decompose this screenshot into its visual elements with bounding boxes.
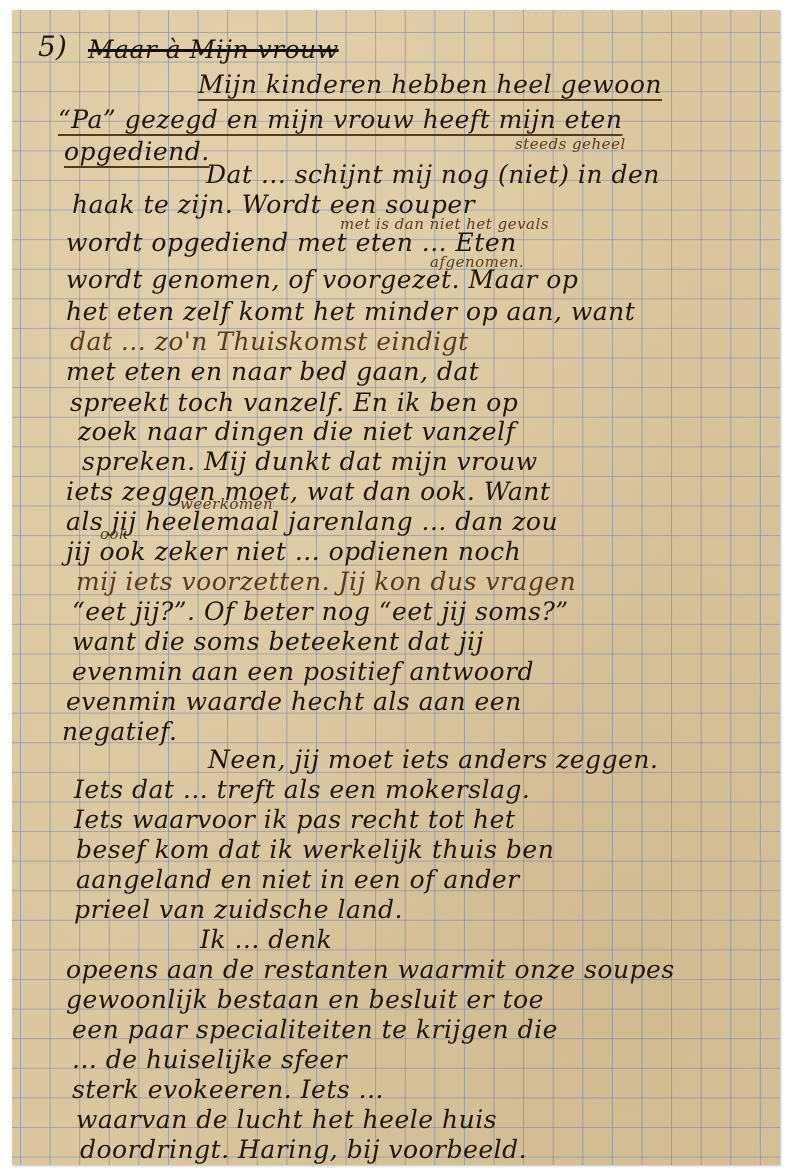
- manuscript-line: “Pa” gezegd en mijn vrouw heeft mijn ete…: [58, 105, 622, 134]
- manuscript-line: “eet jij?”. Of beter nog “eet jij soms?”: [72, 597, 569, 626]
- manuscript-line: spreken. Mij dunkt dat mijn vrouw: [82, 447, 538, 476]
- manuscript-line: een paar specialiteiten te krijgen die: [72, 1015, 558, 1044]
- manuscript-line: iets zeggen moet, wat dan ook. Want: [66, 477, 550, 506]
- manuscript-line: jij ook zeker niet ... opdienen noch: [66, 537, 521, 566]
- manuscript-line: Iets dat ... treft als een mokerslag.: [74, 775, 530, 804]
- manuscript-line: ... de huiselijke sfeer: [72, 1045, 347, 1074]
- manuscript-line: evenmin waarde hecht als aan een: [66, 687, 522, 716]
- manuscript-line: steeds geheel: [515, 135, 626, 153]
- manuscript-line: gewoonlijk bestaan en besluit er toe: [66, 985, 544, 1014]
- manuscript-line: waarvan de lucht het heele huis: [76, 1105, 497, 1134]
- manuscript-line: Maar à Mijn vrouw: [88, 35, 339, 64]
- page-number: 5): [38, 30, 67, 63]
- manuscript-line: opgediend.: [64, 137, 210, 166]
- manuscript-line: negatief.: [62, 717, 177, 746]
- manuscript-line: Ik ... denk: [200, 925, 332, 954]
- manuscript-line: sterk evokeeren. Iets ...: [72, 1075, 384, 1104]
- manuscript-line: opeens aan de restanten waarmit onze sou…: [66, 955, 675, 984]
- manuscript-line: aangeland en niet in een of ander: [76, 865, 520, 894]
- manuscript-line: Neen, jij moet iets anders zeggen.: [208, 745, 658, 774]
- manuscript-line: als jij heelemaal jarenlang ... dan zou: [66, 507, 558, 536]
- manuscript-line: evenmin aan een positief antwoord: [72, 657, 534, 686]
- manuscript-line: spreekt toch vanzelf. En ik ben op: [70, 388, 518, 417]
- manuscript-line: zoek naar dingen die niet vanzelf: [78, 417, 515, 446]
- manuscript-line: wordt genomen, of voorgezet. Maar op: [66, 265, 578, 294]
- manuscript-line: het eten zelf komt het minder op aan, wa…: [66, 297, 635, 326]
- manuscript-line: dat ... zo'n Thuiskomst eindigt: [70, 327, 469, 356]
- manuscript-line: besef kom dat ik werkelijk thuis ben: [76, 835, 554, 864]
- manuscript-line: doordringt. Haring, bij voorbeeld.: [80, 1135, 527, 1164]
- manuscript-line: met eten en naar bed gaan, dat: [66, 357, 479, 386]
- manuscript-line: Dat ... schijnt mij nog (niet) in den: [206, 160, 660, 189]
- manuscript-line: prieel van zuidsche land.: [74, 895, 403, 924]
- manuscript-line: Mijn kinderen hebben heel gewoon: [198, 70, 662, 99]
- manuscript-line: want die soms beteekent dat jij: [72, 627, 484, 656]
- perforated-edge: [12, 7, 780, 13]
- manuscript-line: Iets waarvoor ik pas recht tot het: [74, 805, 515, 834]
- manuscript-line: mij iets voorzetten. Jij kon dus vragen: [76, 567, 576, 596]
